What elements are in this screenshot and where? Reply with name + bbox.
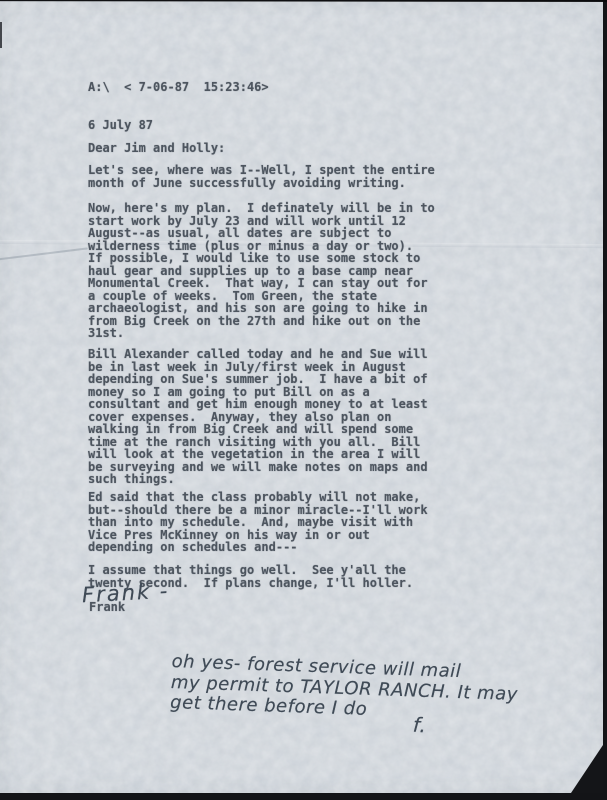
letter-scan: A:\ < 7-06-87 15:23:46> 6 July 87 Dear J… xyxy=(0,0,607,800)
paragraph-1: Let's see, where was I--Well, I spent th… xyxy=(88,164,435,189)
dos-timestamp-header: A:\ < 7-06-87 15:23:46> xyxy=(88,81,269,94)
scan-edge-top xyxy=(0,0,607,2)
fold-crease-edge xyxy=(0,247,88,260)
postscript-initial: f. xyxy=(412,713,427,738)
scan-edge-nick xyxy=(0,22,2,48)
handwritten-postscript: oh yes- forest service will mail my perm… xyxy=(170,652,519,726)
paragraph-2: Now, here's my plan. I definately will b… xyxy=(88,202,435,340)
paper-sheet: A:\ < 7-06-87 15:23:46> 6 July 87 Dear J… xyxy=(0,1,603,793)
date-line: 6 July 87 xyxy=(88,119,153,132)
paragraph-3: Bill Alexander called today and he and S… xyxy=(88,348,428,486)
paragraph-4: Ed said that the class probably will not… xyxy=(88,491,428,554)
salutation: Dear Jim and Holly: xyxy=(88,142,225,155)
typed-signature: Frank xyxy=(89,601,125,614)
scan-corner-cut xyxy=(571,745,603,793)
